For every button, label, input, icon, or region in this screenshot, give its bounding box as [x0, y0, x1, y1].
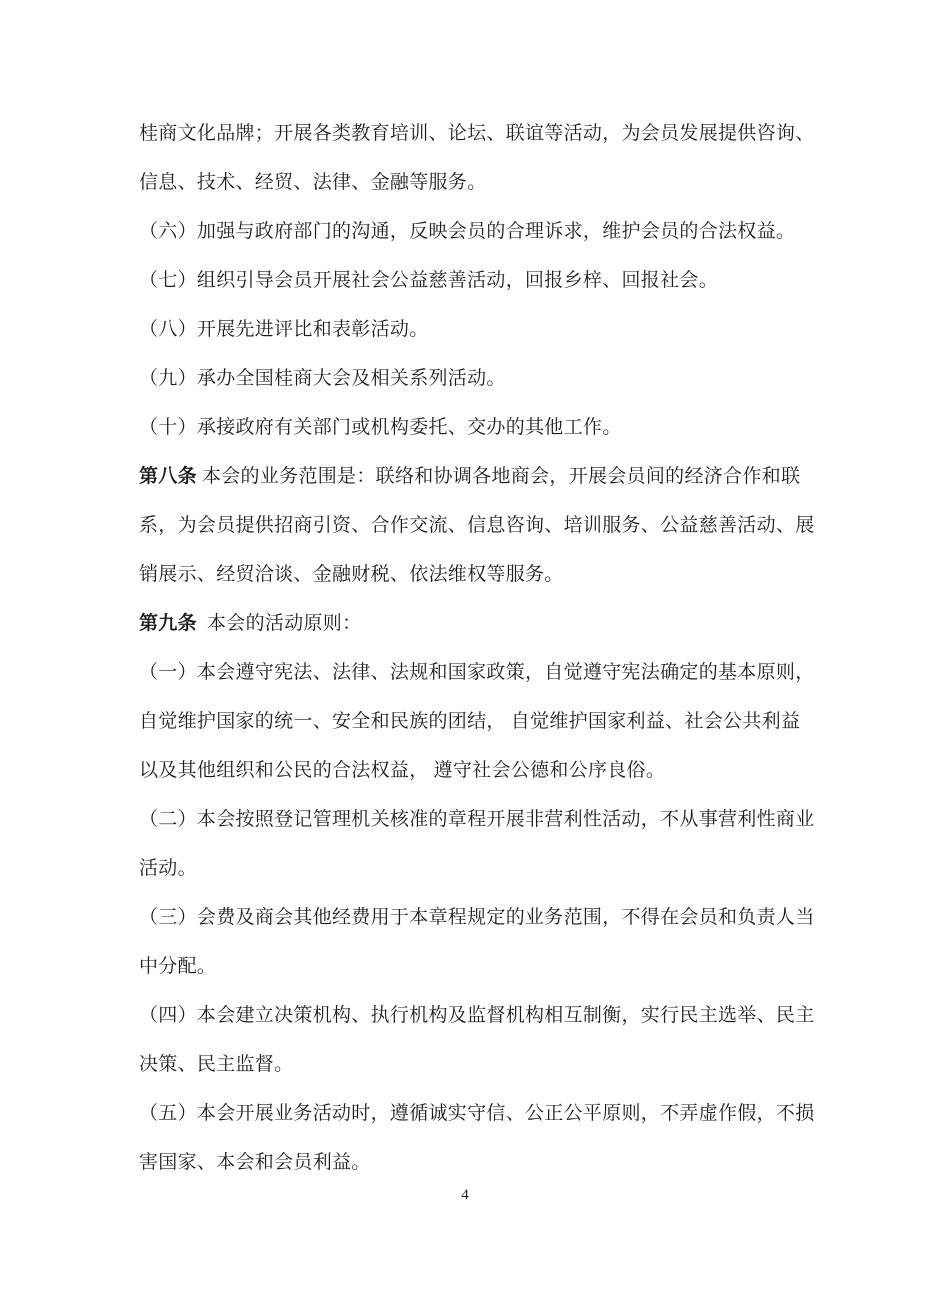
- text-line: 销展示、经贸洽谈、金融财税、依法维权等服务。: [139, 550, 804, 599]
- text-line: 信息、技术、经贸、法律、金融等服务。: [139, 158, 804, 207]
- text-line: （六）加强与政府部门的沟通，反映会员的合理诉求，维护会员的合法权益。: [139, 207, 804, 256]
- text-line: （十）承接政府有关部门或机构委托、交办的其他工作。: [139, 403, 804, 452]
- text-line: （七）组织引导会员开展社会公益慈善活动，回报乡梓、回报社会。: [139, 256, 804, 305]
- text-line: 桂商文化品牌；开展各类教育培训、论坛、联谊等活动，为会员发展提供咨询、: [139, 109, 804, 158]
- text-line: 中分配。: [139, 942, 804, 991]
- text-line: （八）开展先进评比和表彰活动。: [139, 305, 804, 354]
- text-line: （五）本会开展业务活动时，遵循诚实守信、公正公平原则，不弄虚作假，不损: [139, 1089, 804, 1138]
- document-content: 桂商文化品牌；开展各类教育培训、论坛、联谊等活动，为会员发展提供咨询、信息、技术…: [139, 109, 804, 1187]
- page-number: 4: [461, 1187, 469, 1203]
- text-line: （九）承办全国桂商大会及相关系列活动。: [139, 354, 804, 403]
- text-line: （一）本会遵守宪法、法律、法规和国家政策，自觉遵守宪法确定的基本原则，: [139, 648, 804, 697]
- page-footer: 4: [0, 1184, 930, 1206]
- article-number: 第九条: [139, 613, 197, 634]
- text-line: 以及其他组织和公民的合法权益， 遵守社会公德和公序良俗。: [139, 746, 804, 795]
- document-page: 桂商文化品牌；开展各类教育培训、论坛、联谊等活动，为会员发展提供咨询、信息、技术…: [0, 0, 930, 1305]
- text-line: 自觉维护国家的统一、安全和民族的团结， 自觉维护国家利益、社会公共利益: [139, 697, 804, 746]
- text-line: 决策、民主监督。: [139, 1040, 804, 1089]
- text-line: （三）会费及商会其他经费用于本章程规定的业务范围，不得在会员和负责人当: [139, 893, 804, 942]
- text-line: 害国家、本会和会员利益。: [139, 1138, 804, 1187]
- text-line: 第九条 本会的活动原则：: [139, 599, 804, 648]
- text-line: （四）本会建立决策机构、执行机构及监督机构相互制衡，实行民主选举、民主: [139, 991, 804, 1040]
- article-number: 第八条: [139, 466, 197, 487]
- text-line: （二）本会按照登记管理机关核准的章程开展非营利性活动，不从事营利性商业: [139, 795, 804, 844]
- text-line: 系，为会员提供招商引资、合作交流、信息咨询、培训服务、公益慈善活动、展: [139, 501, 804, 550]
- text-line: 活动。: [139, 844, 804, 893]
- text-line: 第八条 本会的业务范围是：联络和协调各地商会，开展会员间的经济合作和联: [139, 452, 804, 501]
